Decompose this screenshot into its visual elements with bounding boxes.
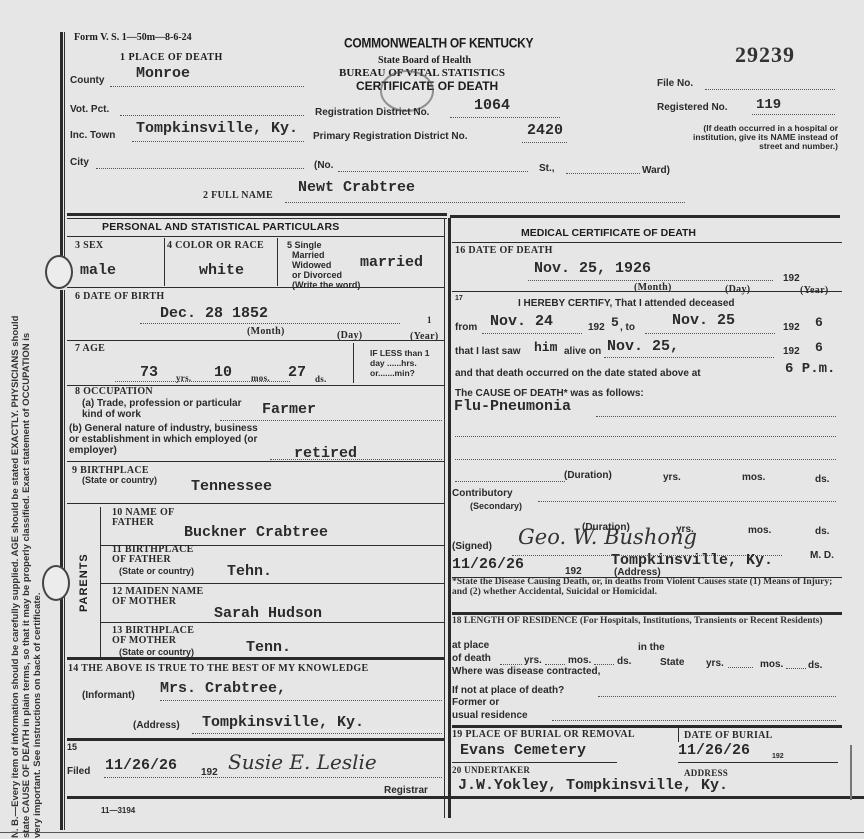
rule [67,461,444,462]
death-time-label: and that death occurred on the date stat… [455,368,701,379]
registered-no-value: 119 [756,97,781,113]
duration-line [455,481,565,482]
full-name-value: Newt Crabtree [298,179,415,196]
burial-place-label: 19 PLACE OF BURIAL OR REMOVAL [452,729,635,740]
section-top-rule-thin [67,218,447,219]
state-mos-line [786,668,806,669]
contracted-line [598,696,836,697]
occupation-a-line [220,420,442,421]
bottom-rule [67,796,864,799]
registrar-signature: Susie E. Leslie [228,750,377,774]
contracted-label: Where was disease contracted, [452,666,600,677]
dod-day-label: (Day) [725,284,750,295]
form-number: Form V. S. 1—50m—8-6-24 [74,32,192,43]
cause-line-1 [596,416,836,417]
residence-ds-label: ds. [617,656,631,667]
parents-label: PARENTS [78,553,90,612]
marital-option-single: 5 Single [287,240,360,250]
registration-district-label: Registration District No. [315,107,429,118]
full-name-line [285,202,685,203]
residence-ds-line [594,664,614,665]
medical-heading: MEDICAL CERTIFICATE OF DEATH [521,227,696,239]
mother-birthplace-sub-label: (State or country) [119,647,194,657]
street-label: St., [539,163,555,174]
ward-label: Ward) [642,165,670,176]
board-of-health: State Board of Health [378,55,471,66]
secondary-label: (Secondary) [470,501,522,511]
file-no-line [705,89,835,90]
city-line [96,168,304,169]
dod-line [528,280,773,281]
state-yrs-label: yrs. [706,658,724,669]
contributory-label: Contributory [452,488,513,499]
secondary-mos-label: mos. [748,525,771,536]
side-note-line-3: very important. See instructions on back… [32,316,43,838]
rule [452,291,842,292]
inc-town-line [132,141,304,142]
dob-line [140,323,400,324]
sex-value: male [80,262,116,279]
registration-district-line [450,117,560,118]
state-ds-label: ds. [808,660,822,671]
birthplace-value: Tennessee [191,478,272,495]
less-than-day-hours: day ......hrs. [370,358,430,368]
marital-option-married: Married [287,250,360,260]
section-top-rule-right [450,215,840,218]
marital-label: 5 Single Married Widowed or Divorced (Wr… [287,240,360,290]
primary-registration-label: Primary Registration District No. [313,131,467,142]
vot-pct-label: Vot. Pct. [70,104,109,115]
city-label: City [70,157,89,168]
place-of-death-heading: 1 PLACE OF DEATH [120,52,223,63]
personal-heading: PERSONAL AND STATISTICAL PARTICULARS [102,221,339,233]
dob-value: Dec. 28 1852 [160,305,268,322]
last-saw-pronoun: him [534,340,557,355]
alive-year: 6 [815,340,823,355]
marital-option-widowed: Widowed [287,260,360,270]
filing-item-number: 15 [67,742,77,752]
stamped-certificate-number: 29239 [735,42,795,68]
at-place-label: at place [452,640,489,651]
marital-instruction: (Write the word) [287,280,360,290]
to-date: Nov. 25 [672,312,735,329]
full-name-label: 2 FULL NAME [203,190,273,201]
from-year: 5 [611,315,619,330]
occupation-b-value: retired [294,445,357,462]
cause-line-3 [455,459,836,460]
center-divider-thick [448,218,451,818]
burial-date-value: 11/26/26 [678,742,750,759]
death-time-value: 6 P.m. [785,361,835,377]
rule [101,583,444,584]
filed-label: Filed [67,766,90,777]
rule [452,725,842,728]
less-than-day-minutes: or.......min? [370,368,430,378]
left-outer-border-lower [60,290,63,830]
mother-label: 12 MAIDEN NAME OF MOTHER [112,587,212,607]
alive-year-prefix: 192 [783,346,800,357]
parents-divider [100,507,101,657]
last-saw-label: that I last saw [455,346,521,357]
hospital-note: (If death occurred in a hospital or inst… [693,124,838,151]
county-line [110,86,304,87]
mother-birthplace-label: 13 BIRTHPLACE OF MOTHER [112,626,202,646]
father-label: 10 NAME OF FATHER [112,508,192,528]
inc-town-value: Tompkinsville, Ky. [136,120,298,137]
occupation-label: 8 OCCUPATION [75,386,153,397]
mother-birthplace-value: Tenn. [246,639,291,656]
registered-no-line [752,114,835,115]
file-no-label: File No. [657,78,693,89]
dob-label: 6 DATE OF BIRTH [75,291,164,302]
left-outer-border [60,32,63,258]
rule [678,728,679,742]
occupation-a-value: Farmer [262,401,316,418]
age-ds-label: ds. [315,374,327,384]
state-mos-label: mos. [760,659,783,670]
signed-label: (Signed) [452,541,492,552]
informant-address-label: (Address) [133,720,180,731]
in-the-label: in the [638,642,665,653]
secondary-ds-label: ds. [815,526,829,537]
inc-town-label: Inc. Town [70,130,115,141]
page-bottom-edge [0,832,864,833]
burial-date-label: DATE OF BURIAL [684,730,773,741]
duration-mos-label: mos. [742,472,765,483]
to-line [645,333,775,334]
scan-edge-mark [850,745,852,800]
cause-value: Flu-Pneumonia [454,398,571,415]
age-label: 7 AGE [75,343,105,354]
side-note-line-2: state CAUSE OF DEATH in plain terms, so … [21,316,32,838]
dob-year-prefix: 1 [427,315,432,325]
to-year: 6 [815,315,823,330]
street-no-line [338,171,528,172]
rule [67,287,444,288]
race-value: white [199,262,244,279]
race-label: 4 COLOR OR RACE [167,240,264,251]
street-no-label: (No. [314,160,333,171]
rule [452,762,617,763]
primary-registration-value: 2420 [527,122,563,139]
side-note-line-1: N. B.—Every item of information should b… [10,316,21,838]
age-months-value: 10 [214,364,232,381]
dob-month-label: (Month) [247,326,285,337]
filed-date: 11/26/26 [105,757,177,774]
informant-address-value: Tompkinsville, Ky. [202,714,364,731]
duration-ds-label: ds. [815,474,829,485]
usual-residence-line [552,720,836,721]
father-birthplace-value: Tehn. [227,563,272,580]
father-birthplace-label: 11 BIRTHPLACE OF FATHER [112,545,202,565]
ward-line [566,173,640,174]
md-label: M. D. [810,550,834,561]
former-label: Former or [452,697,499,708]
of-death-label: of death [452,653,491,664]
binding-hole-top [45,255,73,289]
rule [353,343,354,383]
burial-year-prefix: 192 [772,752,784,762]
residence-heading: 18 LENGTH OF RESIDENCE (For Hospitals, I… [452,616,842,627]
center-divider [444,218,445,818]
residence-mos-line [545,664,565,665]
certify-item-number: 17 [455,294,463,304]
rule [67,738,444,741]
to-year-prefix: 192 [783,322,800,333]
state-label: State [660,657,684,668]
informant-heading: 14 THE ABOVE IS TRUE TO THE BEST OF MY K… [68,663,368,674]
rule [67,340,444,341]
less-than-day-line-1: IF LESS than 1 [370,348,430,358]
certify-text: I HEREBY CERTIFY, That I attended deceas… [518,298,735,309]
from-line [482,333,582,334]
registrar-label: Registrar [384,785,428,796]
alive-on-date: Nov. 25, [607,338,679,355]
rule [452,612,842,615]
birthplace-sub-label: (State or country) [82,475,157,485]
duration-yrs-label: yrs. [663,472,681,483]
father-value: Buckner Crabtree [184,524,328,541]
side-instructions-note: N. B.—Every item of information should b… [10,316,43,838]
physician-signature: Geo. W. Bushong [518,525,697,549]
filed-year-prefix: 192 [201,767,218,778]
rule [67,657,444,660]
age-years-value: 73 [140,364,158,381]
rule [164,238,165,286]
occupation-a-label: (a) Trade, profession or particular kind… [82,398,257,420]
left-inner-border-lower [64,290,65,830]
registration-district-value: 1064 [474,97,510,114]
informant-value: Mrs. Crabtree, [160,680,286,697]
from-year-prefix: 192 [588,322,605,333]
rule [277,238,278,286]
sex-label: 3 SEX [75,240,103,251]
marital-option-divorced: or Divorced [287,270,360,280]
father-birthplace-sub-label: (State or country) [119,566,194,576]
less-than-day-note: IF LESS than 1 day ......hrs. or.......m… [370,348,430,378]
residence-mos-label: mos. [568,655,591,666]
binding-hole-bottom [42,565,70,601]
not-at-place-label: If not at place of death? [452,685,564,696]
mother-value: Sarah Hudson [214,605,322,622]
rule [101,622,444,623]
cause-footnote: *State the Disease Causing Death, or, in… [452,577,842,597]
duration-label: (Duration) [564,470,612,481]
signed-year-prefix: 192 [565,566,582,577]
state-yrs-line [728,667,753,668]
rule [67,236,444,237]
cause-line-2 [455,436,836,437]
usual-residence-label: usual residence [452,710,528,721]
signed-date: 11/26/26 [452,556,524,573]
left-inner-border [64,32,65,258]
informant-label: (Informant) [82,690,135,701]
official-seal-mark [380,70,434,112]
residence-yrs-label: yrs. [524,655,542,666]
rule [678,762,838,763]
informant-line [160,700,442,701]
contributory-line [538,501,836,502]
commonwealth-title: COMMONWEALTH OF KENTUCKY [344,35,533,51]
age-yrs-label: yrs. [176,373,191,383]
section-top-rule [67,213,447,216]
informant-address-line [192,733,442,734]
filed-line [104,777,442,778]
occupation-b-label: (b) General nature of industry, business… [69,423,269,456]
undertaker-label: 20 UNDERTAKER [452,765,530,775]
age-mos-label: mos. [251,373,270,383]
dod-label: 16 DATE OF DEATH [455,245,553,256]
registered-no-label: Registered No. [657,102,728,113]
marital-value: married [360,254,423,271]
age-days-value: 27 [288,364,306,381]
footer-form-code: 11—3194 [101,806,135,816]
primary-registration-line [522,142,567,143]
from-date: Nov. 24 [490,313,553,330]
county-label: County [70,75,104,86]
alive-on-line [604,357,774,358]
rule [67,503,444,504]
burial-place-value: Evans Cemetery [460,742,586,759]
county-value: Monroe [136,65,190,82]
alive-on-label: alive on [564,346,601,357]
rule [452,242,842,243]
undertaker-value: J.W.Yokley, Tompkinsville, Ky. [458,777,728,794]
vot-pct-line [120,115,304,116]
from-label: from [455,322,477,333]
residence-yrs-line [500,664,522,665]
dod-value: Nov. 25, 1926 [534,260,651,277]
dod-year-prefix: 192 [783,273,800,284]
to-label: , to [620,322,635,333]
